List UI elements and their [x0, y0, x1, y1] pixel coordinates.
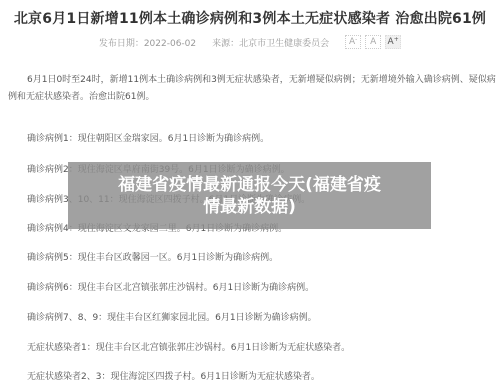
publish-date: 发布日期：2022-06-02	[99, 36, 196, 49]
font-size-controls: A- A A+	[345, 35, 401, 49]
overlay-line-1: 福建省疫情最新通报今天(福建省疫	[118, 174, 381, 196]
headline-overlay-banner: 福建省疫情最新通报今天(福建省疫 情最新数据)	[68, 162, 431, 229]
article-meta: 发布日期：2022-06-02 来源：北京市卫生健康委员会 A- A A+	[0, 35, 500, 49]
article-source: 来源：北京市卫生健康委员会	[212, 36, 329, 49]
case-paragraph: 无症状感染者2、3：现住海淀区四拨子村。6月1日诊断为无症状感染者。	[27, 369, 320, 382]
default-font-button[interactable]: A	[365, 35, 381, 49]
decrease-font-button[interactable]: A-	[345, 35, 361, 49]
case-paragraph: 无症状感染者1：现住丰台区北宫镇张郭庄沙锅村。6月1日诊断为无症状感染者。	[27, 340, 350, 353]
article-body: 6月1日0时至24时，新增11例本土确诊病例和3例无症状感染者，无新增疑似病例；…	[0, 72, 500, 106]
lead-paragraph: 6月1日0时至24时，新增11例本土确诊病例和3例无症状感染者，无新增疑似病例；…	[0, 72, 500, 106]
case-paragraph: 确诊病例6：现住丰台区北宫镇张郭庄沙锅村。6月1日诊断为确诊病例。	[27, 280, 314, 293]
increase-font-button[interactable]: A+	[385, 35, 401, 49]
case-paragraph: 确诊病例7、8、9：现住丰台区红狮家园北园。6月1日诊断为确诊病例。	[27, 310, 317, 323]
case-paragraph: 确诊病例1：现住朝阳区金瑞家园。6月1日诊断为确诊病例。	[27, 131, 269, 144]
case-paragraph: 确诊病例5：现住丰台区政馨园一区。6月1日诊断为确诊病例。	[27, 250, 278, 263]
article-page: 北京6月1日新增11例本土确诊病例和3例本土无症状感染者 治愈出院61例 发布日…	[0, 0, 500, 392]
overlay-line-2: 情最新数据)	[203, 196, 296, 218]
article-title: 北京6月1日新增11例本土确诊病例和3例本土无症状感染者 治愈出院61例	[0, 8, 500, 28]
